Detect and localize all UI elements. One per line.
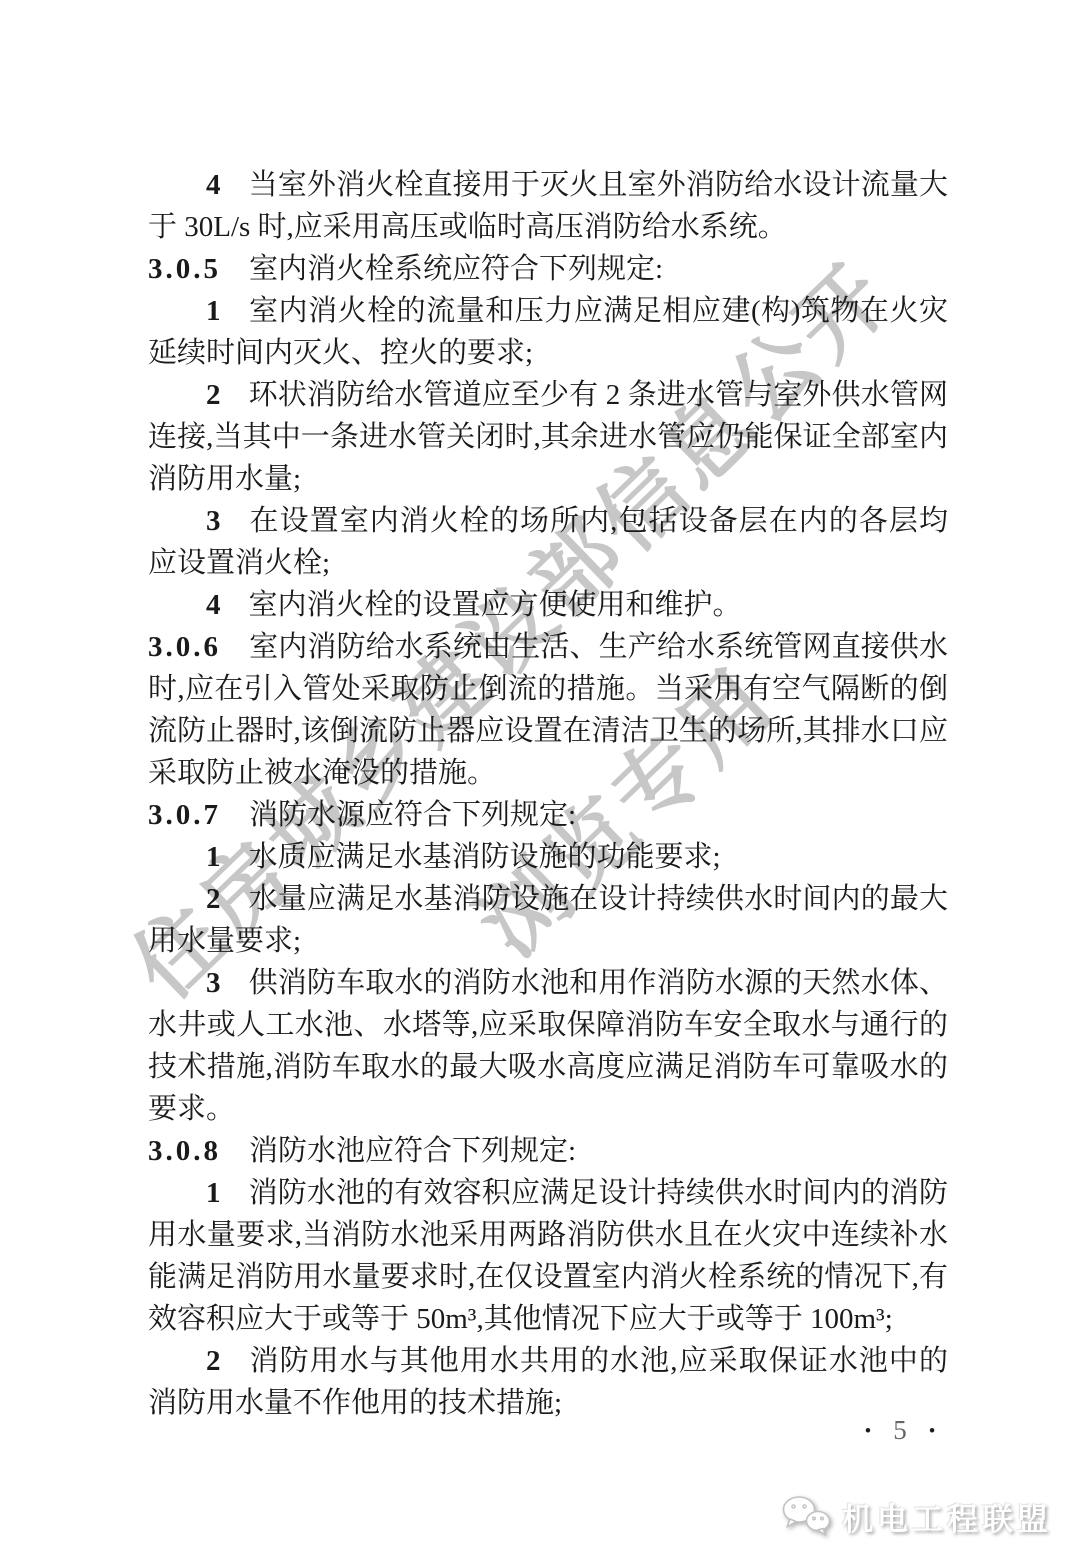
paragraph: 3在设置室内消火栓的场所内,包括设备层在内的各层均应设置消火栓; bbox=[148, 500, 948, 584]
paragraph-text: 室内消防给水系统由生活、生产给水系统管网直接供水时,应在引入管处采取防止倒流的措… bbox=[148, 631, 948, 789]
paragraph: 1水质应满足水基消防设施的功能要求; bbox=[148, 836, 948, 878]
paragraph-number: 3.0.7 bbox=[148, 799, 249, 831]
paragraph-number: 1 bbox=[206, 295, 249, 327]
paragraph-text: 在设置室内消火栓的场所内,包括设备层在内的各层均应设置消火栓; bbox=[148, 505, 948, 579]
paragraph: 1消防水池的有效容积应满足设计持续供水时间内的消防用水量要求,当消防水池采用两路… bbox=[148, 1172, 948, 1340]
paragraph: 2环状消防给水管道应至少有 2 条进水管与室外供水管网连接,当其中一条进水管关闭… bbox=[148, 374, 948, 500]
paragraph-number: 4 bbox=[206, 169, 249, 201]
paragraph-number: 2 bbox=[206, 379, 249, 411]
paragraph-text: 室内消火栓的设置应方便使用和维护。 bbox=[249, 589, 742, 621]
paragraph-number: 1 bbox=[206, 1177, 249, 1209]
paragraph-number: 1 bbox=[206, 841, 249, 873]
paragraph-text: 水质应满足水基消防设施的功能要求; bbox=[249, 841, 721, 873]
paragraph-number: 3.0.5 bbox=[148, 253, 249, 285]
footer-brand: 机电工程联盟 bbox=[780, 1488, 1052, 1544]
paragraph-text: 消防用水与其他用水共用的水池,应采取保证水池中的消防用水量不作他用的技术措施; bbox=[148, 1345, 948, 1419]
page-number-left-dot: • bbox=[865, 1421, 872, 1442]
wechat-icon bbox=[780, 1494, 832, 1538]
paragraph-text: 环状消防给水管道应至少有 2 条进水管与室外供水管网连接,当其中一条进水管关闭时… bbox=[148, 379, 948, 495]
paragraph: 2水量应满足水基消防设施在设计持续供水时间内的最大用水量要求; bbox=[148, 878, 948, 962]
paragraph: 1室内消火栓的流量和压力应满足相应建(构)筑物在火灾延续时间内灭火、控火的要求; bbox=[148, 290, 948, 374]
paragraph-number: 2 bbox=[206, 1345, 249, 1377]
paragraph-number: 3 bbox=[206, 967, 249, 999]
paragraph: 3.0.5室内消火栓系统应符合下列规定: bbox=[148, 248, 948, 290]
paragraph-number: 3.0.6 bbox=[148, 631, 249, 663]
paragraph: 3.0.7消防水源应符合下列规定: bbox=[148, 794, 948, 836]
document-body: 4当室外消火栓直接用于灭火且室外消防给水设计流量大于 30L/s 时,应采用高压… bbox=[148, 164, 948, 1424]
paragraph-text: 供消防车取水的消防水池和用作消防水源的天然水体、水井或人工水池、水塔等,应采取保… bbox=[148, 967, 948, 1125]
page-number-value: 5 bbox=[893, 1415, 907, 1445]
paragraph-text: 消防水池的有效容积应满足设计持续供水时间内的消防用水量要求,当消防水池采用两路消… bbox=[148, 1177, 948, 1335]
paragraph: 3.0.8消防水池应符合下列规定: bbox=[148, 1130, 948, 1172]
paragraph: 2消防用水与其他用水共用的水池,应采取保证水池中的消防用水量不作他用的技术措施; bbox=[148, 1340, 948, 1424]
page-number-right-dot: • bbox=[929, 1421, 936, 1442]
paragraph-number: 4 bbox=[206, 589, 249, 621]
paragraph-text: 消防水源应符合下列规定: bbox=[249, 799, 576, 831]
document-page: 住房城乡建设部信息公开 浏览专用 4当室外消火栓直接用于灭火且室外消防给水设计流… bbox=[0, 0, 1080, 1566]
paragraph-text: 消防水池应符合下列规定: bbox=[249, 1135, 576, 1167]
paragraph-number: 3.0.8 bbox=[148, 1135, 249, 1167]
paragraph-number: 2 bbox=[206, 883, 249, 915]
paragraph-number: 3 bbox=[206, 505, 249, 537]
paragraph: 3供消防车取水的消防水池和用作消防水源的天然水体、水井或人工水池、水塔等,应采取… bbox=[148, 962, 948, 1130]
paragraph-text: 室内消火栓系统应符合下列规定: bbox=[249, 253, 663, 285]
paragraph-text: 水量应满足水基消防设施在设计持续供水时间内的最大用水量要求; bbox=[148, 883, 948, 957]
paragraph-text: 当室外消火栓直接用于灭火且室外消防给水设计流量大于 30L/s 时,应采用高压或… bbox=[148, 169, 948, 243]
footer-brand-text: 机电工程联盟 bbox=[842, 1494, 1052, 1539]
paragraph: 3.0.6室内消防给水系统由生活、生产给水系统管网直接供水时,应在引入管处采取防… bbox=[148, 626, 948, 794]
page-number: •5• bbox=[800, 1415, 1000, 1446]
paragraph: 4室内消火栓的设置应方便使用和维护。 bbox=[148, 584, 948, 626]
paragraph: 4当室外消火栓直接用于灭火且室外消防给水设计流量大于 30L/s 时,应采用高压… bbox=[148, 164, 948, 248]
paragraph-text: 室内消火栓的流量和压力应满足相应建(构)筑物在火灾延续时间内灭火、控火的要求; bbox=[148, 295, 948, 369]
